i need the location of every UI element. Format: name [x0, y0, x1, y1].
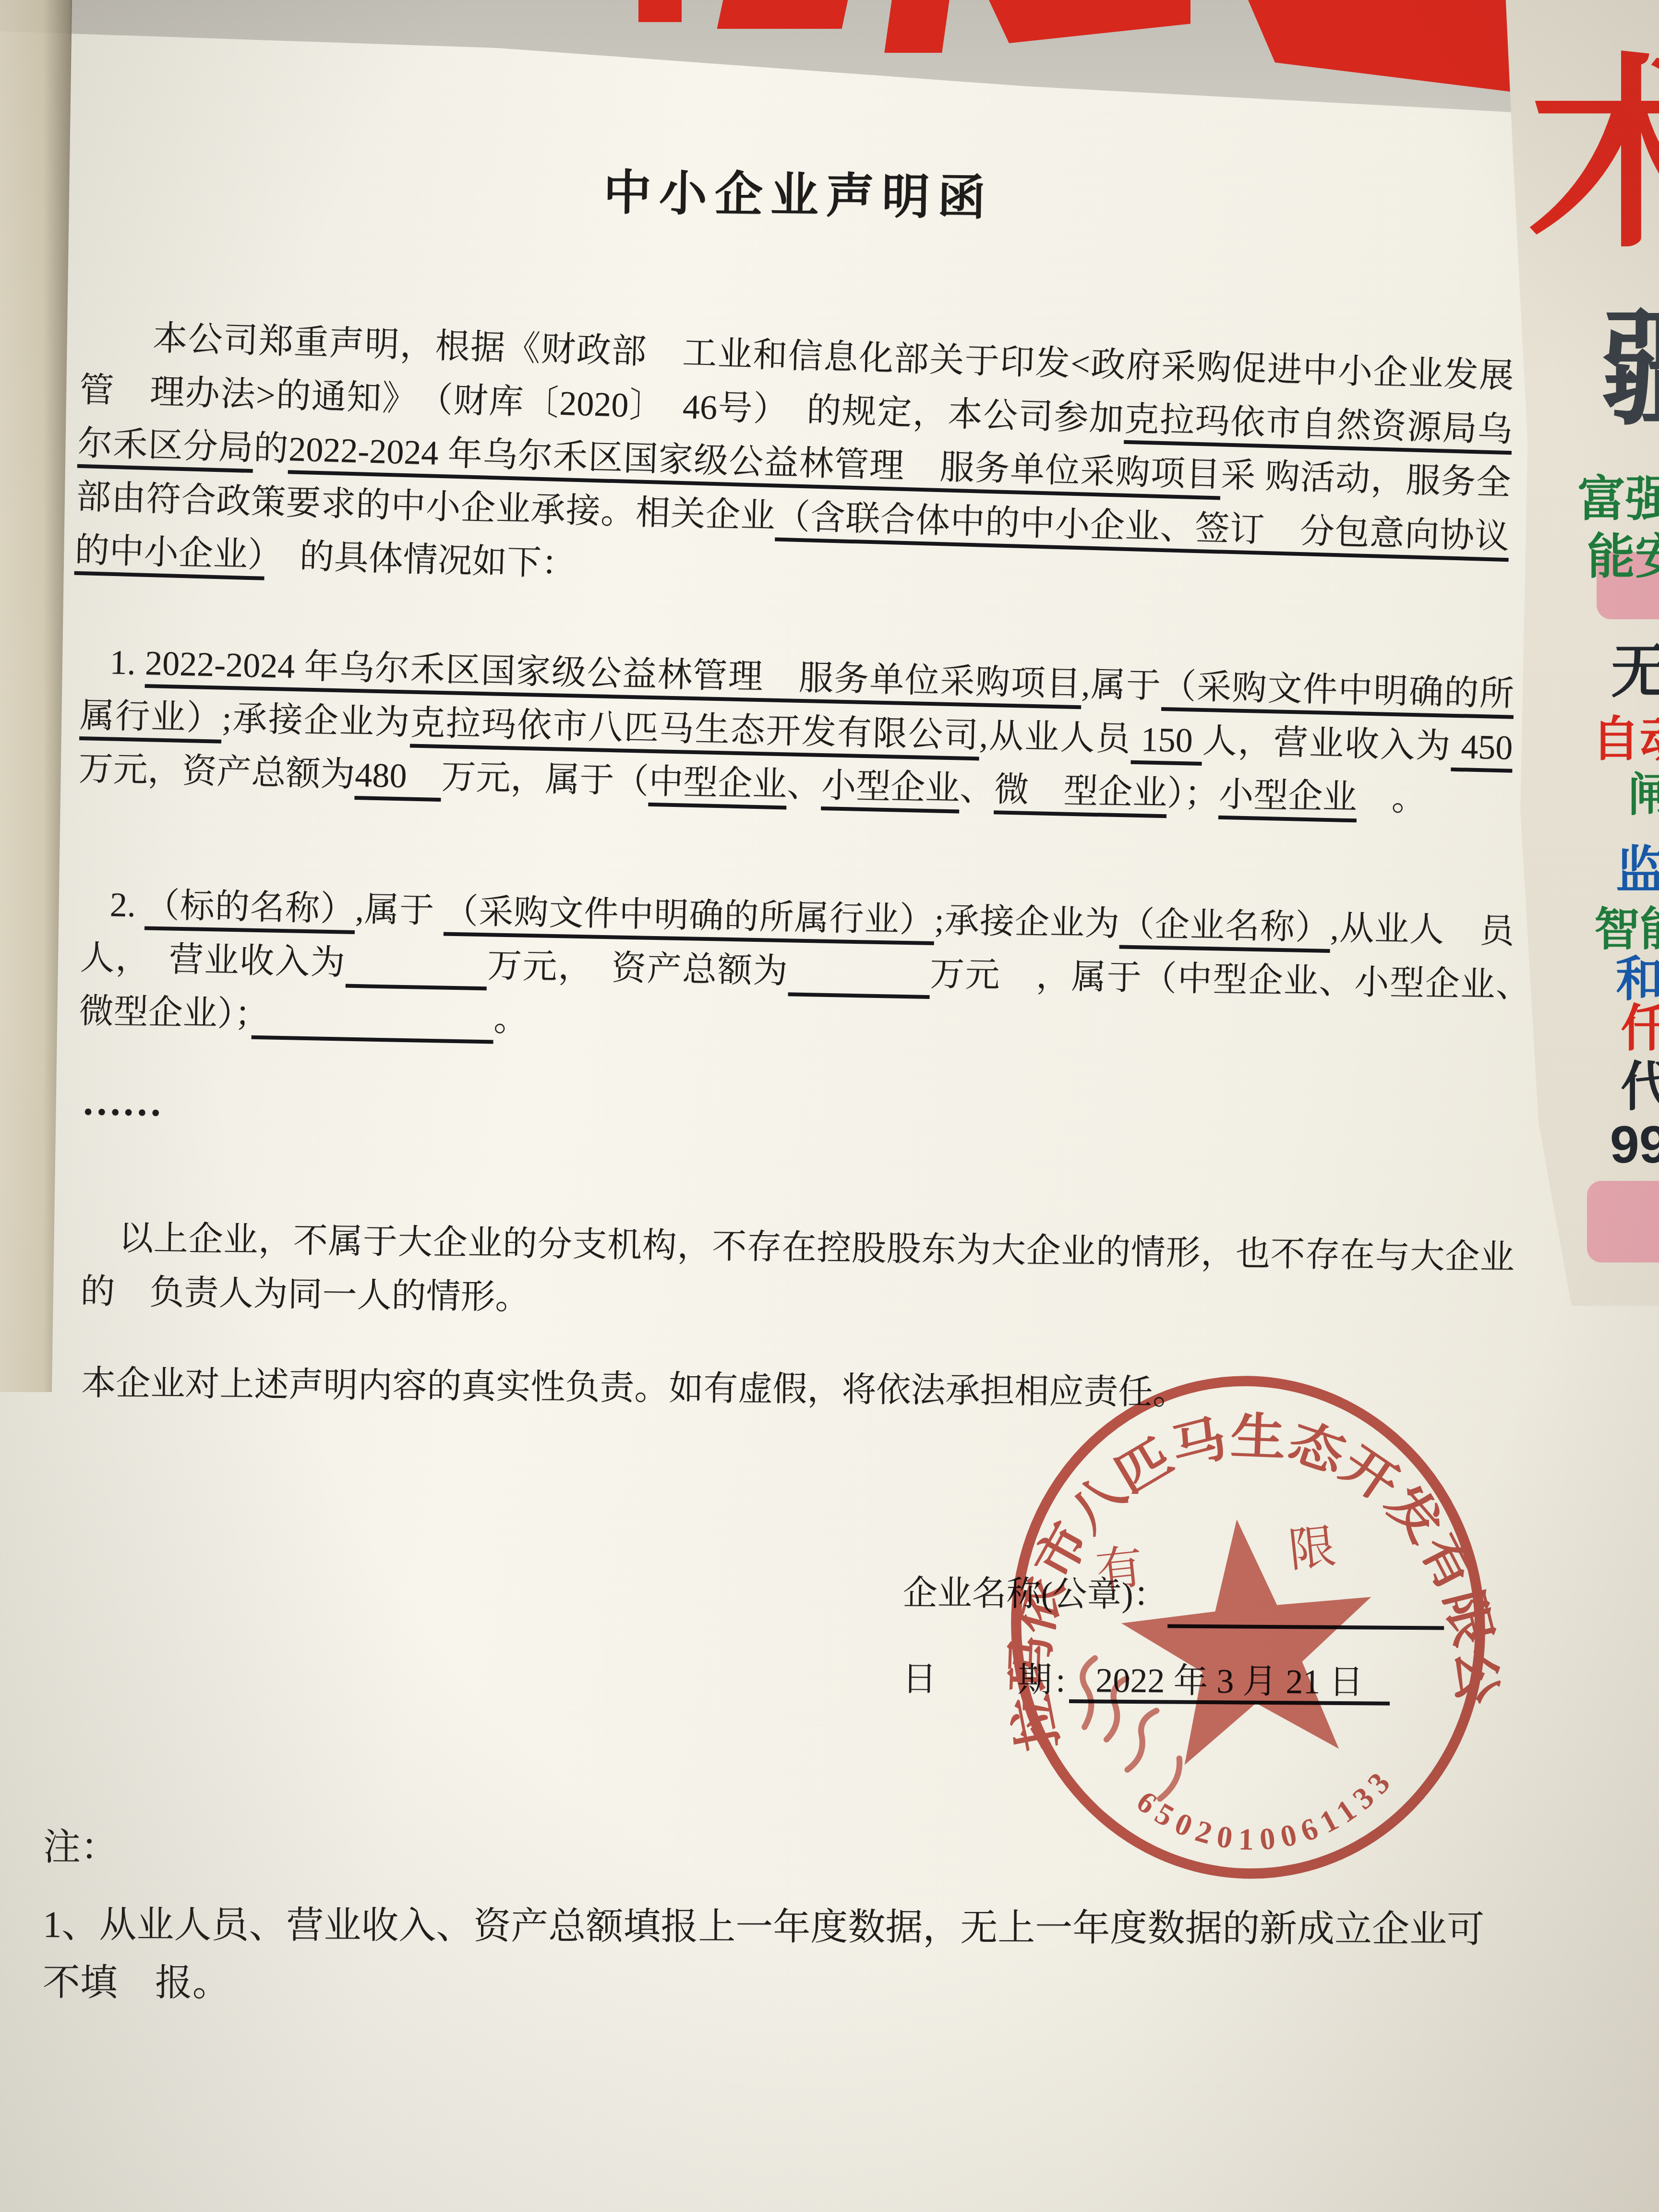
item2-classification-blank	[252, 995, 494, 1044]
item-1-paragraph: 1. 2022-2024 年乌尔禾区国家级公益林管理 服务单位采购项目,属于（采…	[78, 635, 1515, 828]
newspaper-pink-band	[1587, 1181, 1659, 1262]
item2-text: ;承接企业为	[934, 901, 1120, 943]
intro-text: 的	[253, 429, 289, 468]
newspaper-fragment: 监	[1616, 845, 1659, 895]
newspaper-fragment: 仟	[1621, 1003, 1659, 1054]
item1-text: 万元，属于（	[441, 757, 649, 801]
item2-company-placeholder: （企业名称）	[1119, 904, 1331, 952]
item1-assets-value: 480	[354, 756, 442, 802]
item1-text: 、	[786, 766, 822, 805]
item1-text: 。	[1357, 779, 1427, 818]
company-seal-stamp: 克拉玛依市八匹马生态开发有限公司 有 限 6502010061133	[972, 1339, 1524, 1916]
item1-revenue-value: 450	[1451, 727, 1513, 772]
item2-subject-placeholder: （标的名称）	[144, 886, 356, 934]
masthead-red-block	[717, 0, 848, 29]
item1-company-name: 克拉玛依市八匹马生态开发有限公司	[410, 703, 980, 760]
item-number: 2.	[109, 885, 145, 924]
item-2-paragraph: 2. （标的名称）,属于 （采购文件中明确的所属行业）;承接企业为（企业名称）,…	[79, 878, 1515, 1066]
ellipsis-line: ……	[81, 1070, 1515, 1155]
newspaper-fragment: 智能	[1594, 907, 1659, 953]
masthead-red-block	[884, 0, 949, 53]
newspaper-fragment: 99	[1610, 1118, 1659, 1171]
item1-employees-value: 150	[1130, 720, 1202, 765]
newspaper-fragment: 代	[1621, 1061, 1659, 1114]
option-medium-enterprise: 中型企业	[648, 762, 787, 810]
newspaper-fragment: 自动	[1592, 715, 1659, 763]
item1-project-name: 2022-2024 年乌尔禾区国家级公益林管理 服务单位采购项目	[144, 644, 1082, 709]
intro-text: 的具体情况如下：	[264, 536, 577, 583]
seal-graphic: 克拉玛依市八匹马生态开发有限公司 有 限 6502010061133	[972, 1339, 1524, 1916]
item2-revenue-blank	[345, 943, 488, 990]
item2-industry-placeholder: （采购文件中明确的所属行业）	[443, 891, 935, 945]
item1-text: ;承接企业为	[222, 699, 411, 742]
item1-text: 、	[959, 769, 995, 809]
item2-assets-blank	[788, 952, 930, 999]
item1-text: ）；	[1166, 774, 1219, 814]
note-1: 1、从业人员、营业收入、资产总额填报上一年度数据，无上一年度数据的新成立企业可不…	[43, 1896, 1515, 2017]
newspaper-fragment: 术	[1529, 53, 1659, 259]
seal-uyghur-script	[1078, 1650, 1183, 1806]
no-affiliation-paragraph: 以上企业，不属于大企业的分支机构，不存在控股股东为大企业的情形，也不存在与大企业…	[80, 1211, 1515, 1338]
item2-text: 万元， 资产总额为	[487, 946, 789, 990]
newspaper-fragment: 和	[1616, 955, 1659, 1003]
item-number: 1.	[109, 643, 145, 682]
item2-text: 。	[493, 999, 529, 1038]
newspaper-fragment: 闸	[1628, 773, 1659, 818]
item1-text: ,从业人员	[979, 716, 1131, 758]
newspaper-fragment: 能安	[1587, 533, 1659, 581]
document-title: 中小企业声明函	[81, 148, 1515, 243]
masthead-red-block	[989, 0, 1190, 43]
item2-text: ,属于	[355, 890, 444, 930]
item1-text: 万元，资产总额为	[78, 749, 356, 794]
item1-text: 人，营业收入为	[1202, 721, 1452, 766]
newspaper-fragment: 疆	[1601, 307, 1659, 432]
masthead-red-block	[638, 0, 682, 22]
item1-text: ,属于	[1081, 665, 1162, 705]
item1-classification-answer: 小型企业	[1218, 775, 1358, 823]
newspaper-fragment: 富强	[1577, 475, 1659, 523]
photo-of-document: { "page": { "title": "中小企业声明函", "p1": { …	[0, 0, 1659, 2212]
option-small-enterprise: 小型企业	[821, 766, 960, 814]
option-micro-enterprise: 微 型企业	[994, 770, 1167, 818]
intro-paragraph: 本公司郑重声明，根据《财政部 工业和信息化部关于印发<政府采购促进中小企业发展管…	[74, 310, 1514, 617]
newspaper-fragment: 无	[1611, 643, 1659, 701]
